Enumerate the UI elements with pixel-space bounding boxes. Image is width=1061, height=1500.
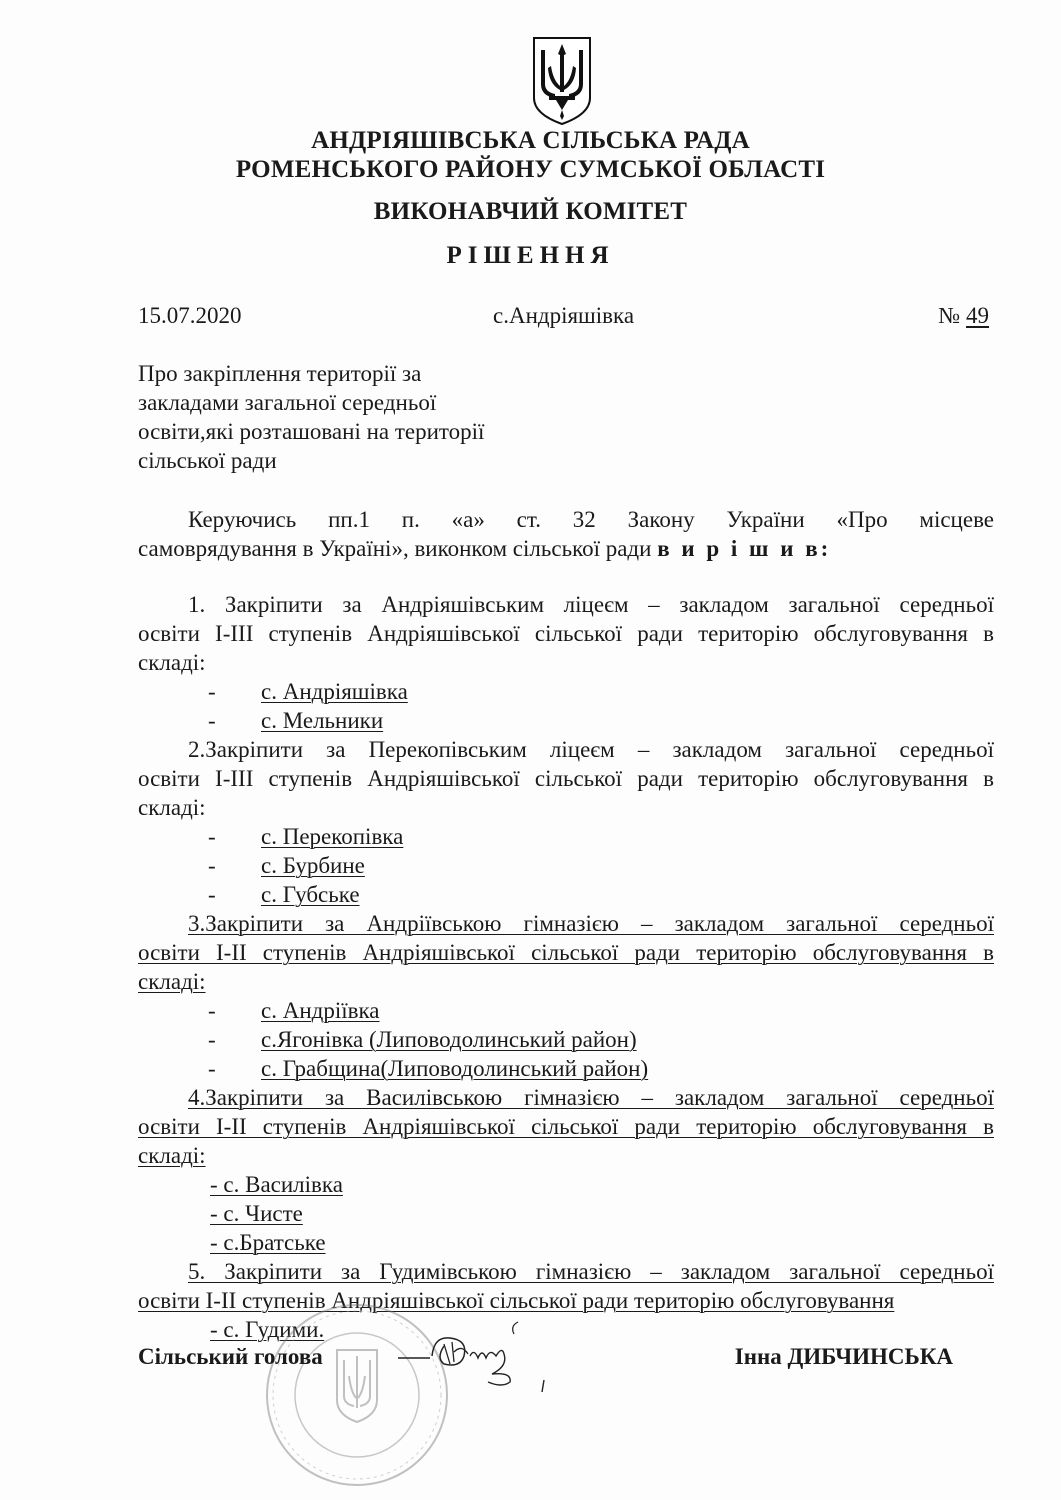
village-item: -с. Перекопівка [138, 822, 994, 851]
decision-number: № 49 [938, 302, 989, 330]
village-item: -с. Андріївка [138, 996, 994, 1025]
item-line: освіти І-ІІ ступенів Андріяшівської сіль… [138, 1114, 994, 1139]
village-item: -с. Бурбине [138, 851, 994, 880]
decision-subject: Про закріплення території за закладами з… [138, 359, 558, 475]
item-line: освіти І-ІІ ступенів Андріяшівської сіль… [138, 1288, 894, 1313]
village-item: -с. Грабщина(Липоводолинський район) [138, 1054, 994, 1083]
village-item: - с.Братське [138, 1228, 994, 1257]
item-line: складі: [138, 969, 206, 994]
decision-item-2: 2.Закріпити за Перекопівським ліцеєм – з… [138, 735, 994, 909]
subject-line: Про закріплення території за [138, 359, 558, 388]
resolved-keyword: в и р і ш и в: [657, 536, 831, 561]
item-line: 1. Закріпити за Андріяшівським ліцеєм – … [138, 590, 994, 619]
preamble-line: Керуючись пп.1 п. «а» ст. 32 Закону Укра… [138, 505, 994, 534]
document-page: АНДРІЯШІВСЬКА СІЛЬСЬКА РАДА РОМЕНСЬКОГО … [0, 0, 1061, 1500]
decision-place: с.Андріяшівка [493, 302, 634, 330]
item-line: складі: [138, 793, 994, 822]
number-prefix: № [938, 303, 966, 328]
item-line: 4.Закріпити за Василівською гімназією – … [188, 1085, 994, 1110]
number-value: 49 [966, 303, 989, 328]
item-line: складі: [138, 648, 994, 677]
item-line: освіти І-ІІІ ступенів Андріяшівської сіл… [138, 764, 994, 793]
item-line: освіти І-ІІІ ступенів Андріяшівської сіл… [138, 619, 994, 648]
item-line: освіти І-ІІ ступенів Андріяшівської сіль… [138, 940, 994, 965]
committee-name: ВИКОНАВЧИЙ КОМІТЕТ [0, 198, 1061, 226]
subject-line: освіти,які розташовані на території [138, 417, 558, 446]
village-item: -с. Мельники [138, 706, 994, 735]
item-line: 3.Закріпити за Андріївською гімназією – … [188, 911, 994, 936]
preamble-line: самоврядування в Україні», виконком сіль… [138, 534, 994, 563]
village-item: -с. Андріяшівка [138, 677, 994, 706]
decision-item-4: 4.Закріпити за Василівською гімназією – … [138, 1083, 994, 1257]
item-line: 2.Закріпити за Перекопівським ліцеєм – з… [138, 735, 994, 764]
signatory-name: Інна ДИБЧИНСЬКА [735, 1343, 953, 1371]
council-name: АНДРІЯШІВСЬКА СІЛЬСЬКА РАДА [0, 127, 1061, 155]
signatory-title: Сільський голова [138, 1343, 323, 1371]
village-item: - с. Чисте [138, 1199, 994, 1228]
village-item: -с. Губське [138, 880, 994, 909]
decision-item-3: 3.Закріпити за Андріївською гімназією – … [138, 909, 994, 1083]
subject-line: закладами загальної середньої [138, 388, 558, 417]
coat-of-arms-trident-icon [531, 36, 593, 126]
district-name: РОМЕНСЬКОГО РАЙОНУ СУМСЬКОЇ ОБЛАСТІ [0, 156, 1061, 184]
item-line: 5. Закріпити за Гудимівською гімназією –… [188, 1259, 994, 1284]
item-line: складі: [138, 1143, 206, 1168]
document-type: РІШЕННЯ [0, 242, 1061, 270]
preamble: Керуючись пп.1 п. «а» ст. 32 Закону Укра… [138, 505, 994, 563]
decision-date: 15.07.2020 [138, 302, 242, 330]
village-item: - с. Василівка [138, 1170, 994, 1199]
signature-icon [392, 1318, 572, 1398]
subject-line: сільської ради [138, 446, 558, 475]
village-item: -с.Ягонівка (Липоводолинський район) [138, 1025, 994, 1054]
decision-item-1: 1. Закріпити за Андріяшівським ліцеєм – … [138, 590, 994, 735]
